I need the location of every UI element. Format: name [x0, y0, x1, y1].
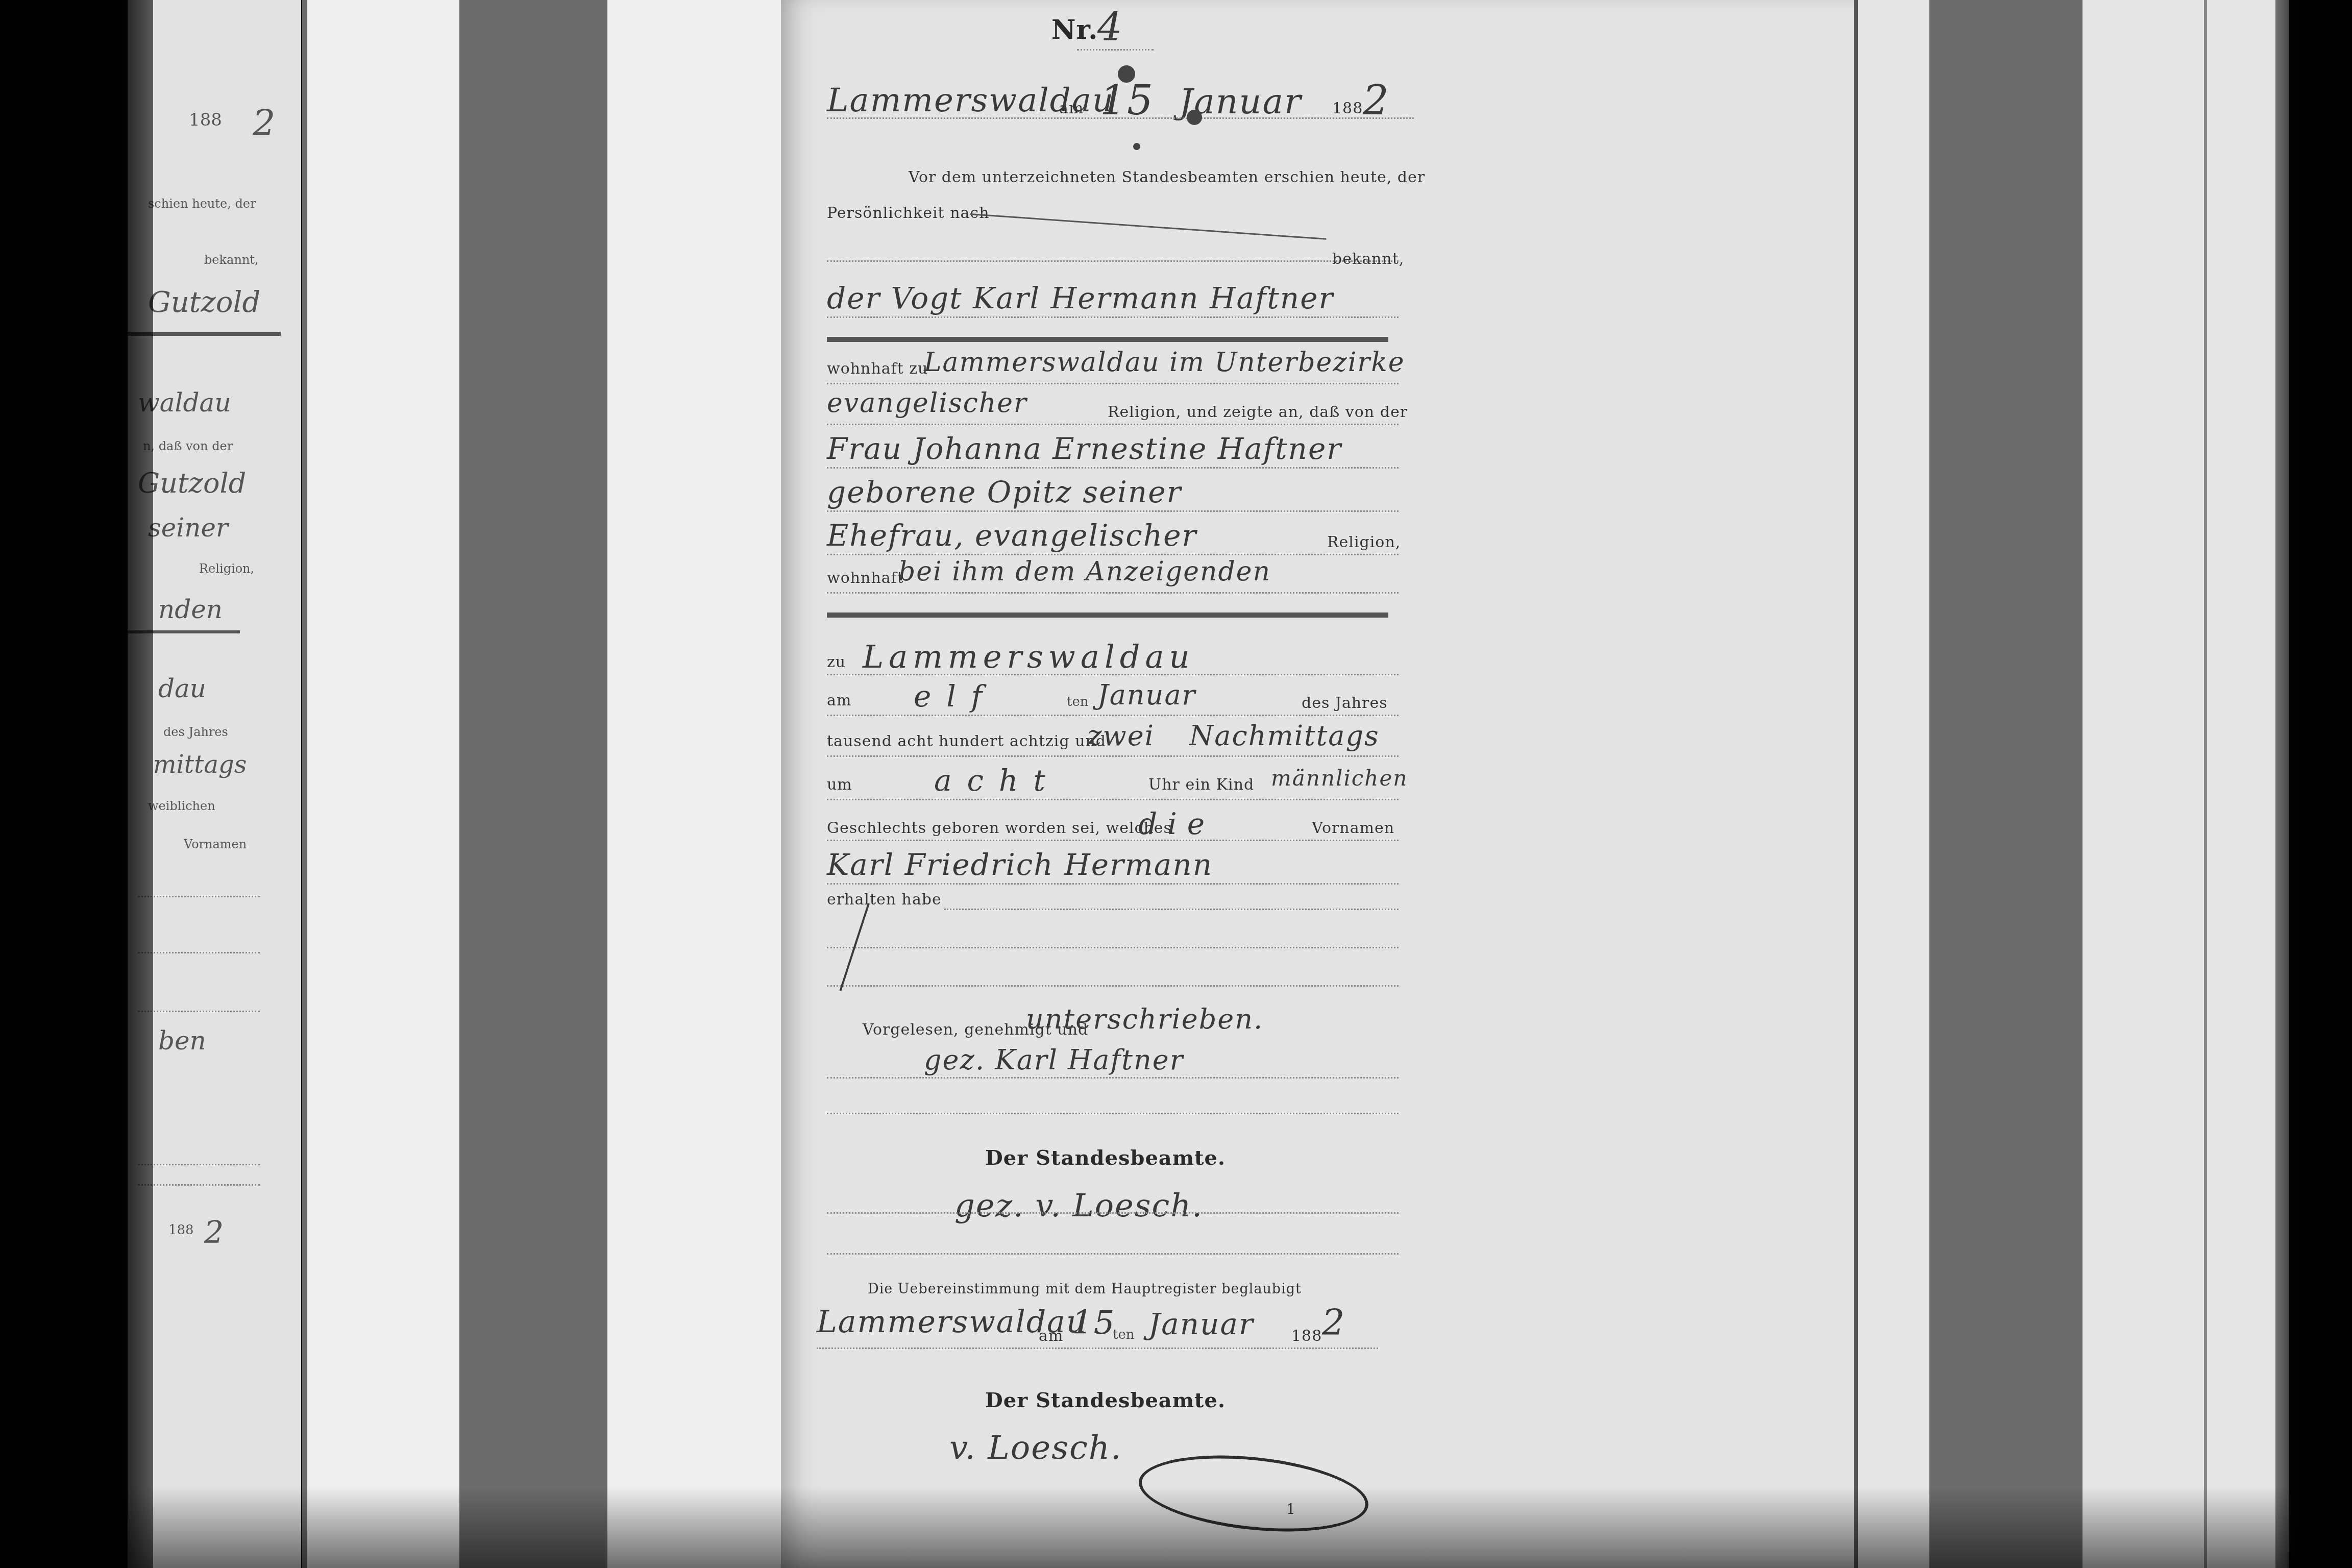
left-rule: [138, 896, 260, 897]
left-frag-waldau: dau: [158, 674, 206, 703]
rule: [827, 592, 1399, 594]
section-divider: [827, 337, 1388, 342]
rule: [827, 510, 1399, 512]
rule: [827, 1113, 1399, 1114]
wohnhaft-label: wohnhaft zu: [827, 360, 928, 378]
page-edge: [1854, 0, 1858, 1568]
entry-number-rule: [1077, 49, 1154, 51]
rule: [827, 883, 1399, 885]
rule: [827, 1212, 1399, 1214]
rule: [827, 674, 1399, 675]
intro-line: Vor dem unterzeichneten Standesbeamten e…: [909, 168, 1425, 186]
rule: [817, 1347, 1378, 1349]
blank-page-strip: [607, 0, 781, 1568]
mother-line-2: geborene Opitz seiner: [827, 475, 1182, 509]
page-edge: [302, 0, 307, 1568]
rule: [827, 424, 1399, 425]
wohnhaft-label-2: wohnhaft: [827, 569, 904, 587]
left-frag-lichen: weiblichen: [148, 799, 215, 813]
ink-blot: [1133, 143, 1140, 150]
left-frag-dass: n, daß von der: [143, 439, 233, 453]
mother-residence: bei ihm dem Anzeigenden: [898, 556, 1271, 587]
birth-month: Januar: [1097, 679, 1196, 711]
uhr-kind: Uhr ein Kind: [1148, 776, 1254, 794]
zu-label: zu: [827, 653, 846, 671]
des-jahres: des Jahres: [1302, 694, 1388, 712]
birth-hour: acht: [934, 763, 1061, 798]
rule: [827, 947, 1399, 948]
wohnhaft-value: Lammerswaldau im Unterbezirke: [924, 347, 1405, 378]
rule: [944, 909, 1399, 910]
cert-day: 15: [1072, 1304, 1115, 1342]
left-frag-vornamen: Vornamen: [184, 837, 247, 851]
rule: [827, 985, 1399, 987]
left-frag-anzeigenden: nden: [158, 595, 223, 624]
religion-label-2: Religion,: [1327, 533, 1401, 551]
vorgelesen-hand: unterschrieben.: [1026, 1003, 1263, 1035]
mother-line-3: Ehefrau, evangelischer: [827, 518, 1197, 553]
rule: [827, 755, 1399, 757]
header-am: am: [1059, 100, 1084, 117]
left-frag-name2: Gutzold: [138, 467, 246, 499]
entry-number: 4: [1097, 4, 1123, 50]
blank-page-strip: [2082, 0, 2215, 1568]
left-frag-ben: ben: [158, 1026, 206, 1056]
am-label: am: [827, 692, 851, 709]
cert-day-suffix: ten: [1113, 1327, 1135, 1342]
ink-blot: [1187, 110, 1202, 125]
registrar-title-2: Der Standesbeamte.: [985, 1388, 1226, 1412]
gray-strip-left: [459, 0, 607, 1568]
film-vignette-bottom: [0, 1486, 2352, 1568]
registrar-signature-2: v. Loesch.: [949, 1429, 1122, 1467]
birth-day: elf: [914, 679, 997, 714]
rule: [827, 260, 1399, 262]
geschlechts-line: Geschlechts geboren worden sei, welches: [827, 819, 1172, 837]
rule: [827, 554, 1399, 555]
birth-place: Lammerswaldau: [863, 638, 1194, 675]
erhalten-habe: erhalten habe: [827, 891, 942, 909]
child-names: Karl Friedrich Hermann: [827, 847, 1213, 882]
informant-name: der Vogt Karl Hermann Haftner: [827, 281, 1334, 315]
vornamen-label: Vornamen: [1312, 819, 1394, 837]
rule: [827, 799, 1399, 800]
um-label: um: [827, 776, 852, 794]
certification-line: Die Uebereinstimmung mit dem Hauptregist…: [868, 1281, 1302, 1297]
header-year-prefix: 188: [1332, 100, 1363, 117]
mother-line-1: Frau Johanna Ernestine Haftner: [827, 431, 1342, 466]
left-partial-page: 188 2 schien heute, der bekannt, Gutzold…: [128, 0, 301, 1568]
ten-label: ten: [1067, 694, 1089, 709]
left-rule: [138, 952, 260, 953]
child-sex: männlichen: [1271, 766, 1408, 791]
rule: [827, 467, 1399, 469]
die-hand: die: [1138, 806, 1215, 841]
left-year-prefix: 188: [189, 110, 222, 130]
blank-page-strip: [307, 0, 460, 1568]
blank-page-strip: [1858, 0, 1929, 1568]
informant-religion: evangelischer: [827, 388, 1027, 419]
strike-line: [970, 213, 1327, 240]
microfilm-frame: 188 2 schien heute, der bekannt, Gutzold…: [0, 0, 2352, 1568]
rule: [827, 840, 1399, 841]
cert-month: Januar: [1148, 1307, 1254, 1341]
left-frag-bekannt: bekannt,: [204, 253, 259, 267]
left-rule: [138, 1011, 260, 1012]
cert-year-prefix: 188: [1291, 1327, 1322, 1345]
gray-strip-right: [1929, 0, 2082, 1568]
informant-signature: gez. Karl Haftner: [924, 1044, 1184, 1076]
left-frag-jahres: des Jahres: [163, 725, 228, 739]
left-rule: [138, 1184, 260, 1186]
left-frag-seiner: seiner: [148, 513, 228, 543]
registrar-title: Der Standesbeamte.: [985, 1146, 1226, 1170]
section-divider: [827, 612, 1388, 618]
entry-number-label: Nr.: [1051, 14, 1098, 45]
registrar-signature: gez. v. Loesch.: [954, 1187, 1203, 1224]
birth-register-page: Nr. 4 Lammerswaldau am 15 Januar 188 2 V…: [781, 0, 1868, 1568]
left-year-bottom-suffix: 2: [204, 1215, 224, 1251]
film-vignette-left: [0, 0, 153, 1568]
time-of-day: Nachmittags: [1189, 720, 1380, 752]
left-frag-mittags: mittags: [153, 750, 247, 779]
left-frag-name: Gutzold: [148, 286, 260, 319]
rule: [827, 1077, 1399, 1079]
left-year-bottom-prefix: 188: [168, 1222, 194, 1238]
film-vignette-right: [2275, 0, 2352, 1568]
rule: [827, 1253, 1399, 1255]
left-rule: [138, 1164, 260, 1165]
cert-year-suffix: 2: [1322, 1302, 1346, 1343]
rule: [827, 316, 1399, 318]
rule: [827, 383, 1399, 384]
header-rule: [827, 117, 1414, 119]
rule: [827, 715, 1399, 716]
ink-blot: [1118, 65, 1135, 83]
religion-line: Religion, und zeigte an, daß von der: [1108, 403, 1408, 421]
bekannt-label: bekannt,: [1332, 250, 1404, 268]
left-year-suffix: 2: [253, 102, 276, 144]
year-printed: tausend acht hundert achtzig und: [827, 732, 1106, 750]
left-frag-heute: schien heute, der: [148, 197, 256, 211]
persoenlichkeit-label: Persönlichkeit nach: [827, 204, 989, 222]
cert-am: am: [1039, 1327, 1063, 1345]
left-frag-religion: Religion,: [199, 561, 254, 576]
year-hand: zwei: [1087, 720, 1155, 752]
